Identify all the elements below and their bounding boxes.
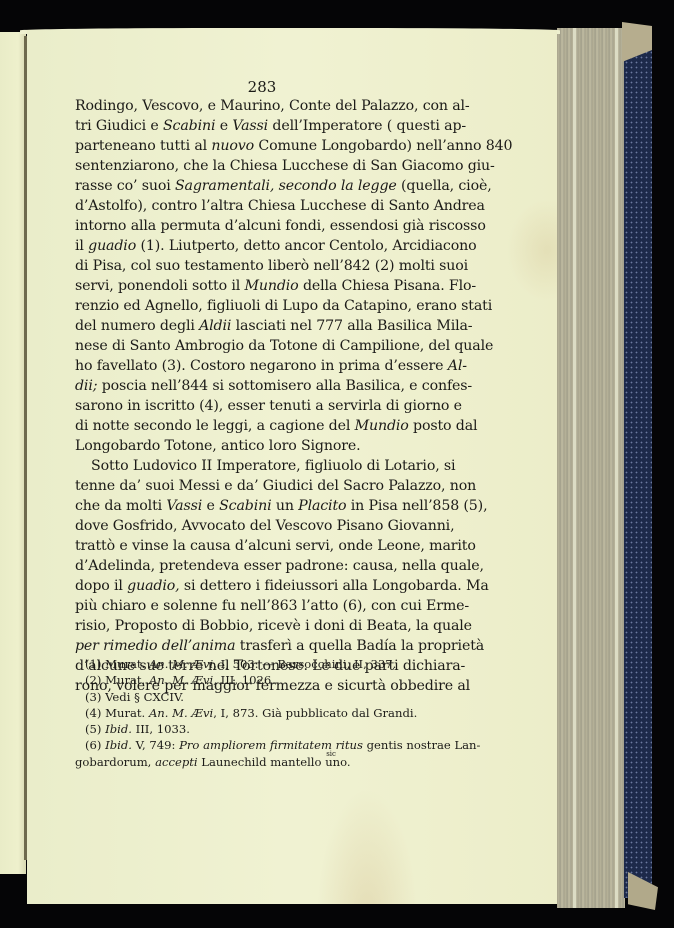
footnote: (4) Murat. An. M. Ævi, I, 873. Già pubbl… [85, 705, 445, 721]
text-line: servi, ponendoli sotto il Mundio della C… [75, 276, 443, 296]
italic-text: Vassi [232, 118, 268, 134]
text-run: (4) Murat. [85, 706, 149, 720]
text-line: Longobardo Totone, antico loro Signore. [75, 436, 443, 456]
footnote: (6) Ibid. V, 749: Pro ampliorem firmitat… [85, 737, 445, 753]
text-run: , I, 873. Già pubblicato dal Grandi. [213, 706, 417, 720]
text-run: gentis nostrae Lan- [363, 738, 481, 752]
text-run: (2) Murat. [85, 673, 149, 687]
text-run: posto dal [409, 418, 478, 434]
text-run: dell’Imperatore ( questi ap- [268, 118, 466, 134]
text-run: risio, Proposto di Bobbio, ricevè i doni… [75, 618, 472, 634]
italic-text: nuovo [211, 138, 254, 154]
text-line: ho favellato (3). Costoro negarono in pr… [75, 356, 443, 376]
text-run: (quella, cioè, [397, 178, 492, 194]
italic-text: Mundio [355, 418, 409, 434]
text-run: un [271, 498, 298, 514]
text-line: tri Giudici e Scabini e Vassi dell’Imper… [75, 116, 443, 136]
text-run: (6) [85, 738, 105, 752]
text-run: lasciati nel 777 alla Basilica Mila- [231, 318, 472, 334]
text-run: tenne da’ suoi Messi e da’ Giudici del S… [75, 478, 476, 494]
text-line: Rodingo, Vescovo, e Maurino, Conte del P… [75, 96, 443, 116]
text-line: dopo il guadio, si dettero i fideiussori… [75, 576, 443, 596]
footnotes: (1) Murat. An. M. Ævi, I, 503. — Barsocc… [85, 656, 445, 770]
italic-text: Ibid. [105, 722, 132, 736]
text-run: trattò e vinse la causa d’alcuni servi, … [75, 538, 476, 554]
text-run: Comune Longobardo) nell’anno 840 [254, 138, 512, 154]
text-line: del numero degli Aldii lasciati nel 777 … [75, 316, 443, 336]
text-run: più chiaro e solenne fu nell’863 l’atto … [75, 598, 469, 614]
page-number: 283 [0, 78, 527, 96]
text-run: uno.sic [325, 755, 350, 769]
text-run: che da molti [75, 498, 166, 514]
italic-text: Aldii [199, 318, 231, 334]
italic-text: An. M. Ævi, [149, 657, 217, 671]
italic-text: Scabini [219, 498, 271, 514]
text-line: sarono in iscritto (4), esser tenuti a s… [75, 396, 443, 416]
page-block-fore-edge [557, 28, 625, 908]
text-run: di notte secondo le leggi, a cagione del [75, 418, 355, 434]
text-run: (3) Vedi § CXCIV. [85, 690, 184, 704]
text-run: sentenziarono, che la Chiesa Lucchese di… [75, 158, 495, 174]
text-run: (1). Liutperto, detto ancor Centolo, Arc… [136, 238, 476, 254]
text-run: poscia nell’844 si sottomisero alla Basi… [97, 378, 472, 394]
italic-text: An. M. Ævi, [149, 673, 217, 687]
text-run: gobardorum, [75, 755, 155, 769]
text-run: renzio ed Agnello, figliuoli di Lupo da … [75, 298, 492, 314]
text-run: III, 1033. [132, 722, 190, 736]
text-run: dove Gosfrido, Avvocato del Vescovo Pisa… [75, 518, 454, 534]
text-line: per rimedio dell’anima trasferì a quella… [75, 636, 443, 656]
text-line: di Pisa, col suo testamento liberò nell’… [75, 256, 443, 276]
text-line: d’Adelinda, pretendeva esser padrone: ca… [75, 556, 443, 576]
text-run: il [75, 238, 88, 254]
text-run: Longobardo Totone, antico loro Signore. [75, 438, 360, 454]
italic-text: Vassi [166, 498, 202, 514]
text-line: nese di Santo Ambrogio da Totone di Camp… [75, 336, 443, 356]
text-run: si dettero i fideiussori alla Longobarda… [179, 578, 488, 594]
text-run: ho favellato (3). Costoro negarono in pr… [75, 358, 448, 374]
italic-text: dii; [75, 378, 97, 394]
text-line: d’Astolfo), contro l’altra Chiesa Lucche… [75, 196, 443, 216]
text-run: III, 1026. [217, 673, 275, 687]
italic-text: guadio, [127, 578, 179, 594]
text-run: intorno alla permuta d’alcuni fondi, ess… [75, 218, 486, 234]
text-run: Sotto Ludovico II Imperatore, figliuolo … [91, 458, 455, 474]
text-run: Launechild mantello [198, 755, 326, 769]
text-run: I, 503. — Barsocchini, II, 337. [217, 657, 396, 671]
sic-annotation: sic [326, 746, 336, 762]
text-run: d’Adelinda, pretendeva esser padrone: ca… [75, 558, 484, 574]
text-run: tri Giudici e [75, 118, 163, 134]
italic-text: Ibid. [105, 738, 132, 752]
text-run: di Pisa, col suo testamento liberò nell’… [75, 258, 468, 274]
footnote: (2) Murat. An. M. Ævi, III, 1026. [85, 672, 445, 688]
italic-text: An. M. Ævi [149, 706, 213, 720]
footnote: gobardorum, accepti Launechild mantello … [75, 754, 445, 770]
text-run: dopo il [75, 578, 127, 594]
text-run: del numero degli [75, 318, 199, 334]
text-line: dove Gosfrido, Avvocato del Vescovo Pisa… [75, 516, 443, 536]
body-text: Rodingo, Vescovo, e Maurino, Conte del P… [75, 96, 443, 696]
italic-text: Mundio [245, 278, 299, 294]
text-run: servi, ponendoli sotto il [75, 278, 245, 294]
italic-text: Al- [448, 358, 467, 374]
facing-page-edge [0, 32, 26, 874]
text-run: V, 749: [132, 738, 179, 752]
footnote: (5) Ibid. III, 1033. [85, 721, 445, 737]
text-line: che da molti Vassi e Scabini un Placito … [75, 496, 443, 516]
italic-text: Sagramentali, secondo la legge [175, 178, 397, 194]
footnote: (3) Vedi § CXCIV. [85, 689, 445, 705]
text-line: risio, Proposto di Bobbio, ricevè i doni… [75, 616, 443, 636]
text-line: tenne da’ suoi Messi e da’ Giudici del S… [75, 476, 443, 496]
italic-text: Placito [298, 498, 346, 514]
text-line: rasse co’ suoi Sagramentali, secondo la … [75, 176, 443, 196]
text-run: in Pisa nell’858 (5), [346, 498, 487, 514]
italic-text: accepti [155, 755, 198, 769]
text-run: e [215, 118, 232, 134]
text-line: dii; poscia nell’844 si sottomisero alla… [75, 376, 443, 396]
text-line: sentenziarono, che la Chiesa Lucchese di… [75, 156, 443, 176]
text-run: rasse co’ suoi [75, 178, 175, 194]
text-line: intorno alla permuta d’alcuni fondi, ess… [75, 216, 443, 236]
text-line: di notte secondo le leggi, a cagione del… [75, 416, 443, 436]
text-line: renzio ed Agnello, figliuoli di Lupo da … [75, 296, 443, 316]
italic-text: per rimedio dell’anima [75, 638, 235, 654]
text-run: e [202, 498, 219, 514]
text-line: parteneano tutti al nuovo Comune Longoba… [75, 136, 443, 156]
text-line: trattò e vinse la causa d’alcuni servi, … [75, 536, 443, 556]
text-run: d’Astolfo), contro l’altra Chiesa Lucche… [75, 198, 485, 214]
text-line: il guadio (1). Liutperto, detto ancor Ce… [75, 236, 443, 256]
text-run: della Chiesa Pisana. Flo- [299, 278, 476, 294]
text-run: nese di Santo Ambrogio da Totone di Camp… [75, 338, 493, 354]
text-run: parteneano tutti al [75, 138, 211, 154]
text-run: (5) [85, 722, 105, 736]
text-line: Sotto Ludovico II Imperatore, figliuolo … [75, 456, 443, 476]
book-page: 283 Rodingo, Vescovo, e Maurino, Conte d… [27, 30, 557, 904]
text-run: (1) Murat. [85, 657, 149, 671]
text-run: trasferì a quella Badía la proprietà [235, 638, 484, 654]
italic-text: Scabini [163, 118, 215, 134]
footnote: (1) Murat. An. M. Ævi, I, 503. — Barsocc… [85, 656, 445, 672]
text-line: più chiaro e solenne fu nell’863 l’atto … [75, 596, 443, 616]
book-cover [624, 40, 652, 898]
text-run: sarono in iscritto (4), esser tenuti a s… [75, 398, 462, 414]
italic-text: guadio [88, 238, 136, 254]
text-run: Rodingo, Vescovo, e Maurino, Conte del P… [75, 98, 470, 114]
